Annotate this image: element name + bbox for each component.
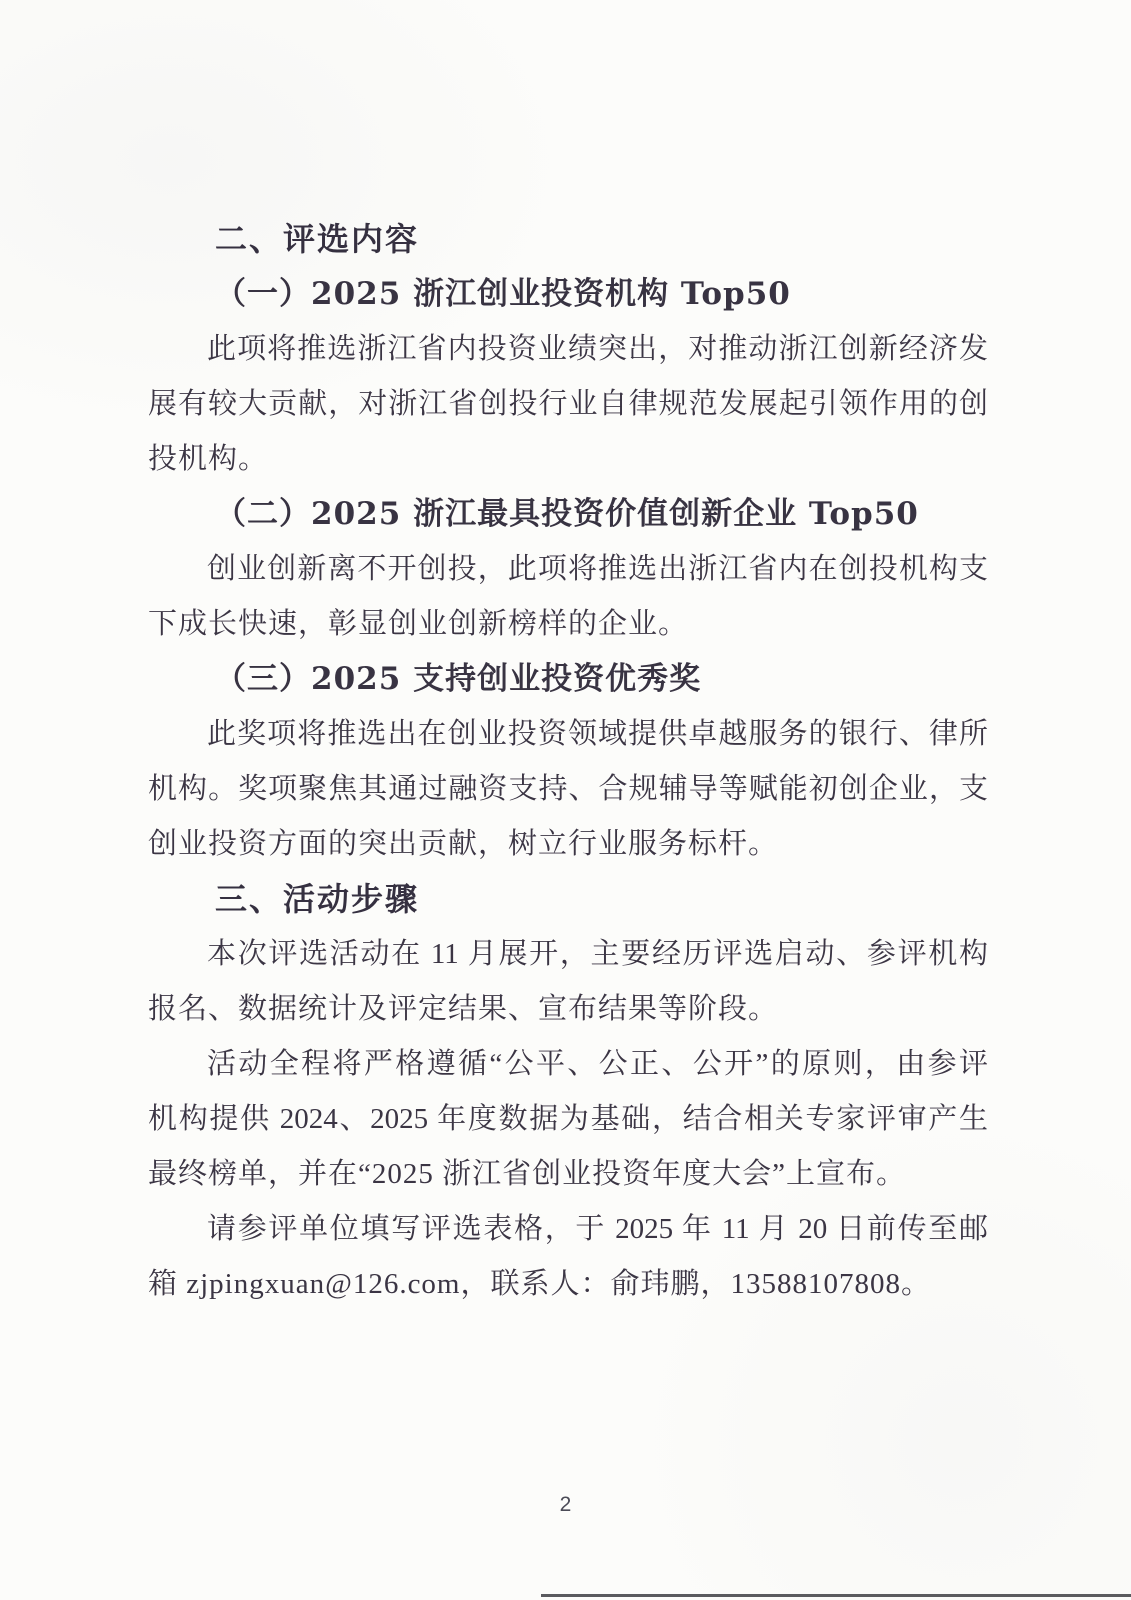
paragraph-line: 此奖项将推选出在创业投资领域提供卓越服务的银行、律所等 bbox=[148, 707, 988, 762]
paragraph-line: 请参评单位填写评选表格，于 2025 年 11 月 20 日前传至邮 bbox=[148, 1202, 988, 1257]
footer-rule bbox=[541, 1594, 1131, 1597]
document-body: 二、评选内容 （一）2025 浙江创业投资机构 Top50 此项将推选浙江省内投… bbox=[148, 212, 988, 1312]
subsection-heading-2-1: （一）2025 浙江创业投资机构 Top50 bbox=[148, 267, 988, 322]
paragraph-line: 本次评选活动在 11 月展开，主要经历评选启动、参评机构 bbox=[148, 927, 988, 982]
paragraph-line: 报名、数据统计及评定结果、宣布结果等阶段。 bbox=[148, 982, 988, 1037]
section-heading-2: 二、评选内容 bbox=[148, 212, 988, 267]
paragraph-line: 创业投资方面的突出贡献，树立行业服务标杆。 bbox=[148, 817, 988, 872]
subsection-heading-2-3: （三）2025 支持创业投资优秀奖 bbox=[148, 652, 988, 707]
paragraph-line: 此项将推选浙江省内投资业绩突出，对推动浙江创新经济发 bbox=[148, 322, 988, 377]
page-number: 2 bbox=[0, 1490, 1131, 1520]
paragraph-line: 机构提供 2024、2025 年度数据为基础，结合相关专家评审产生 bbox=[148, 1092, 988, 1147]
paragraph-line: 机构。奖项聚焦其通过融资支持、合规辅导等赋能初创企业，支持 bbox=[148, 762, 988, 817]
paragraph-line: 最终榜单，并在“2025 浙江省创业投资年度大会”上宣布。 bbox=[148, 1147, 988, 1202]
section-heading-3: 三、活动步骤 bbox=[148, 872, 988, 927]
paragraph-line: 箱 zjpingxuan@126.com，联系人：俞玮鹏，13588107808… bbox=[148, 1257, 988, 1312]
paragraph-line: 下成长快速，彰显创业创新榜样的企业。 bbox=[148, 597, 988, 652]
paragraph-line: 活动全程将严格遵循“公平、公正、公开”的原则，由参评 bbox=[148, 1037, 988, 1092]
paragraph-line: 创业创新离不开创投，此项将推选出浙江省内在创投机构支持 bbox=[148, 542, 988, 597]
paragraph-line: 展有较大贡献，对浙江省创投行业自律规范发展起引领作用的创 bbox=[148, 377, 988, 432]
paragraph-line: 投机构。 bbox=[148, 432, 988, 487]
subsection-heading-2-2: （二）2025 浙江最具投资价值创新企业 Top50 bbox=[148, 487, 988, 542]
